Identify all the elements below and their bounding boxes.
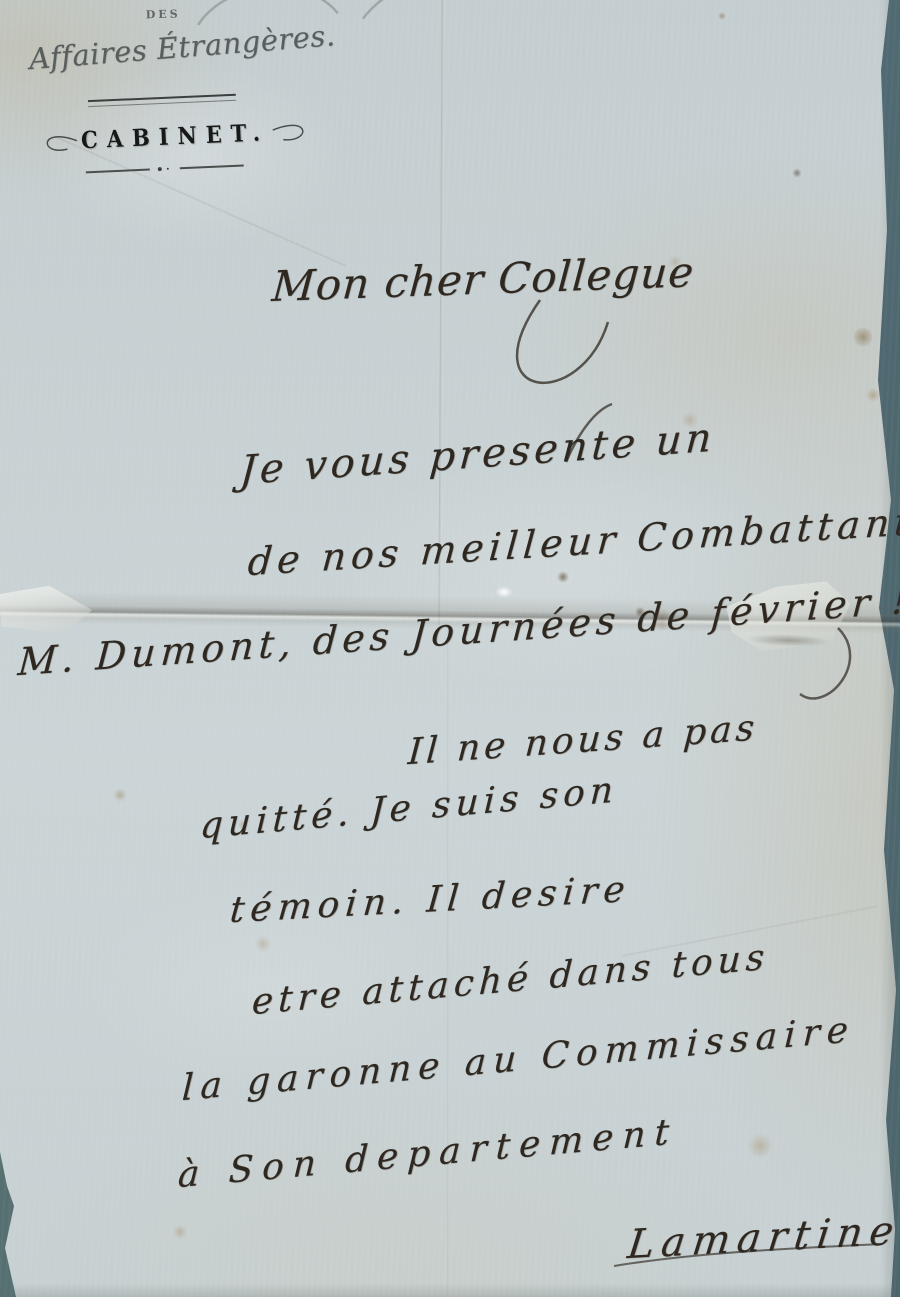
letterhead-des-text: DES bbox=[146, 7, 181, 21]
cabinet-left-swash bbox=[36, 123, 79, 159]
ornament-dots bbox=[158, 167, 162, 171]
photo-of-letter: DES Affaires Étrangères. CABINET. Mon ch… bbox=[0, 0, 900, 1297]
letterhead-department-script: Affaires Étrangères. bbox=[28, 22, 290, 76]
ministry-letterhead: DES Affaires Étrangères. CABINET. bbox=[0, 0, 323, 204]
letterhead-ornament-rule bbox=[86, 162, 244, 174]
letterhead-rule bbox=[88, 94, 236, 107]
cabinet-right-swash bbox=[270, 112, 313, 148]
letterhead-cabinet-row: CABINET. bbox=[36, 111, 288, 162]
letterhead-cabinet-text: CABINET. bbox=[78, 117, 271, 153]
